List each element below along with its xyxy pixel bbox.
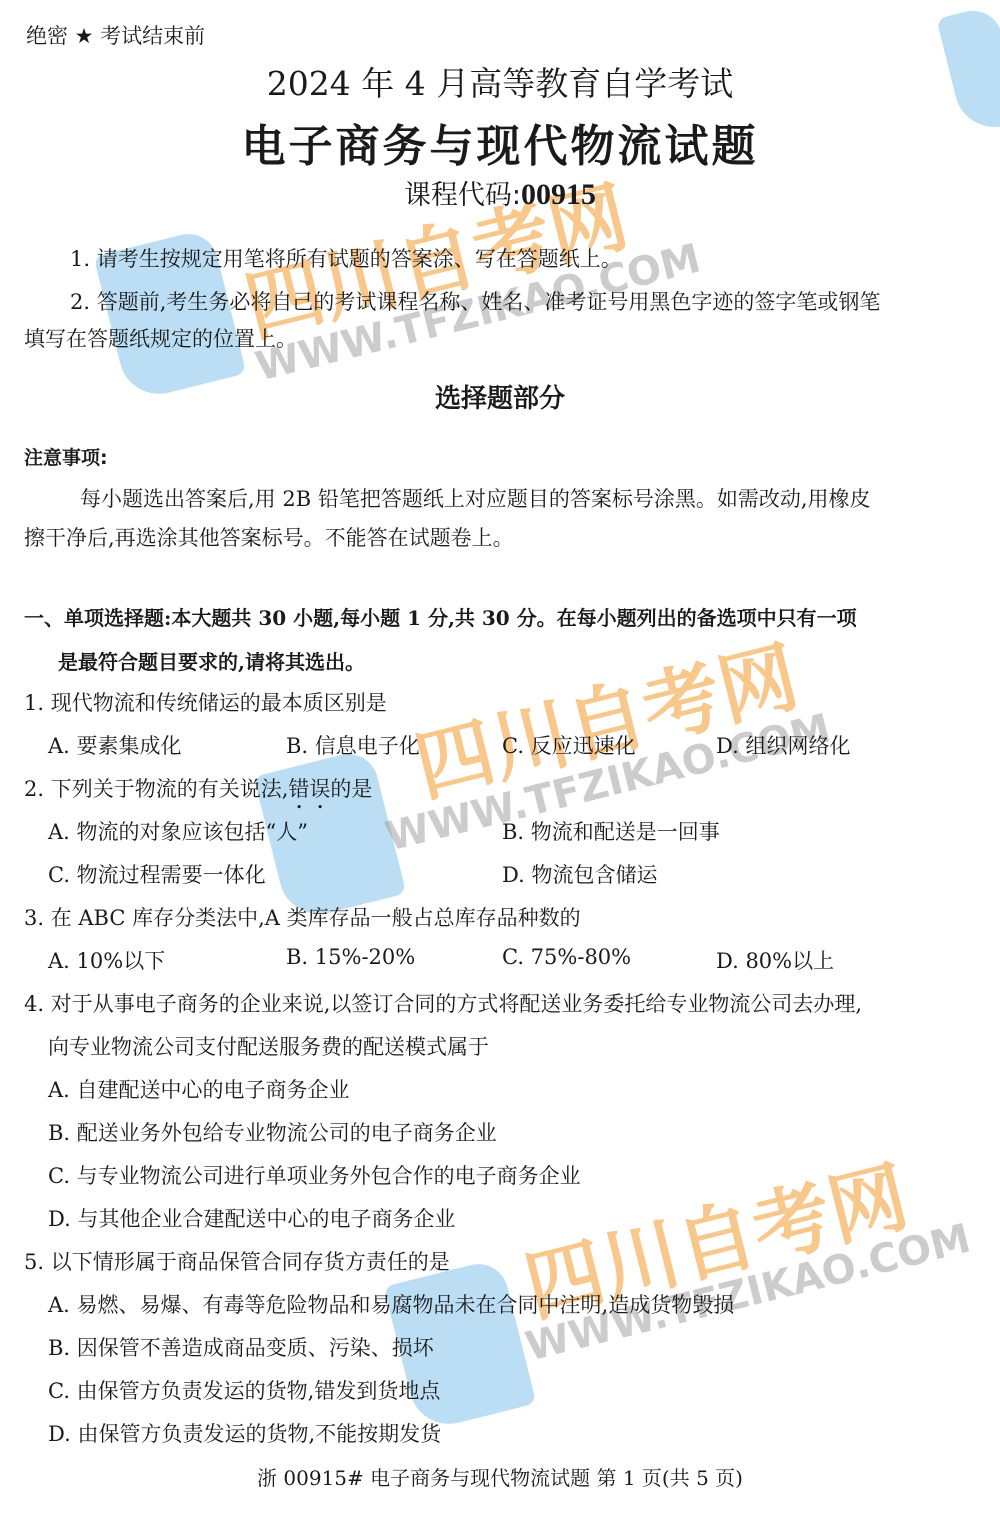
- instruction-1: 1. 请考生按规定用笔将所有试题的答案涂、写在答题纸上。: [70, 243, 622, 273]
- instruction-2: 2. 答题前,考生务必将自己的考试课程名称、姓名、准考证号用黑色字迹的签字笔或钢…: [70, 286, 880, 316]
- q2-stem-prefix: 2. 下列关于物流的有关说法,: [24, 777, 288, 801]
- q4-option-c: C. 与专业物流公司进行单项业务外包合作的电子商务企业: [48, 1160, 581, 1190]
- watermark-brand: 四川自考网: [402, 614, 808, 817]
- q5-option-a: A. 易燃、易爆、有毒等危险物品和易腐物品未在合同中注明,造成货物毁损: [48, 1289, 734, 1319]
- q4-option-a: A. 自建配送中心的电子商务企业: [48, 1074, 350, 1104]
- q1-option-c: C. 反应迅速化: [502, 730, 636, 760]
- q1-option-b: B. 信息电子化: [286, 730, 420, 760]
- part-heading-cont: 是最符合题目要求的,请将其选出。: [58, 646, 365, 675]
- part-heading: 一、单项选择题:本大题共 30 小题,每小题 1 分,共 30 分。在每小题列出…: [24, 602, 857, 631]
- q5-option-d: D. 由保管方负责发运的货物,不能按期发货: [48, 1418, 441, 1448]
- q2-option-c: C. 物流过程需要一体化: [48, 859, 266, 889]
- secret-mark: 绝密 ★ 考试结束前: [26, 20, 205, 50]
- q5-option-c: C. 由保管方负责发运的货物,错发到货地点: [48, 1375, 440, 1405]
- question-4-stem: 4. 对于从事电子商务的企业来说,以签订合同的方式将配送业务委托给专业物流公司去…: [24, 988, 862, 1018]
- course-code: 课程代码:00915: [0, 173, 1000, 212]
- q2-option-d: D. 物流包含储运: [502, 859, 657, 889]
- notice-line-2: 擦干净后,再选涂其他答案标号。不能答在试题卷上。: [24, 522, 514, 552]
- q4-option-b: B. 配送业务外包给专业物流公司的电子商务企业: [48, 1117, 497, 1147]
- q3-option-c: C. 75%-80%: [502, 945, 631, 969]
- instruction-2-cont: 填写在答题纸规定的位置上。: [24, 323, 297, 353]
- q4-option-d: D. 与其他企业合建配送中心的电子商务企业: [48, 1203, 455, 1233]
- question-3-stem: 3. 在 ABC 库存分类法中,A 类库存品一般占总库存品种数的: [24, 902, 581, 932]
- question-5-stem: 5. 以下情形属于商品保管合同存货方责任的是: [24, 1246, 450, 1276]
- q1-option-a: A. 要素集成化: [48, 730, 182, 760]
- question-4-stem-cont: 向专业物流公司支付配送服务费的配送模式属于: [48, 1031, 489, 1061]
- q3-option-b: B. 15%-20%: [286, 945, 415, 969]
- question-2-stem: 2. 下列关于物流的有关说法,错误的是: [24, 773, 372, 814]
- course-code-label: 课程代码:: [404, 180, 521, 211]
- notice-line-1: 每小题选出答案后,用 2B 铅笔把答题纸上对应题目的答案标号涂黑。如需改动,用橡…: [80, 483, 871, 513]
- q2-option-b: B. 物流和配送是一回事: [502, 816, 720, 846]
- question-1-stem: 1. 现代物流和传统储运的最本质区别是: [24, 687, 387, 717]
- course-code-value: 00915: [521, 178, 596, 211]
- q3-option-d: D. 80%以上: [716, 945, 834, 975]
- page-title: 电子商务与现代物流试题: [0, 110, 1000, 174]
- notice-label: 注意事项:: [24, 443, 108, 470]
- exam-session: 2024 年 4 月高等教育自学考试: [0, 58, 1000, 105]
- q2-option-a: A. 物流的对象应该包括“人”: [48, 816, 308, 846]
- page-footer: 浙 00915# 电子商务与现代物流试题 第 1 页(共 5 页): [0, 1462, 1000, 1491]
- q1-option-d: D. 组织网络化: [716, 730, 850, 760]
- q2-stem-emphasis: 错误: [288, 777, 330, 801]
- q5-option-b: B. 因保管不善造成商品变质、污染、损坏: [48, 1332, 434, 1362]
- q3-option-a: A. 10%以下: [48, 945, 165, 975]
- q2-stem-suffix: 的是: [330, 777, 372, 801]
- section-title: 选择题部分: [0, 378, 1000, 415]
